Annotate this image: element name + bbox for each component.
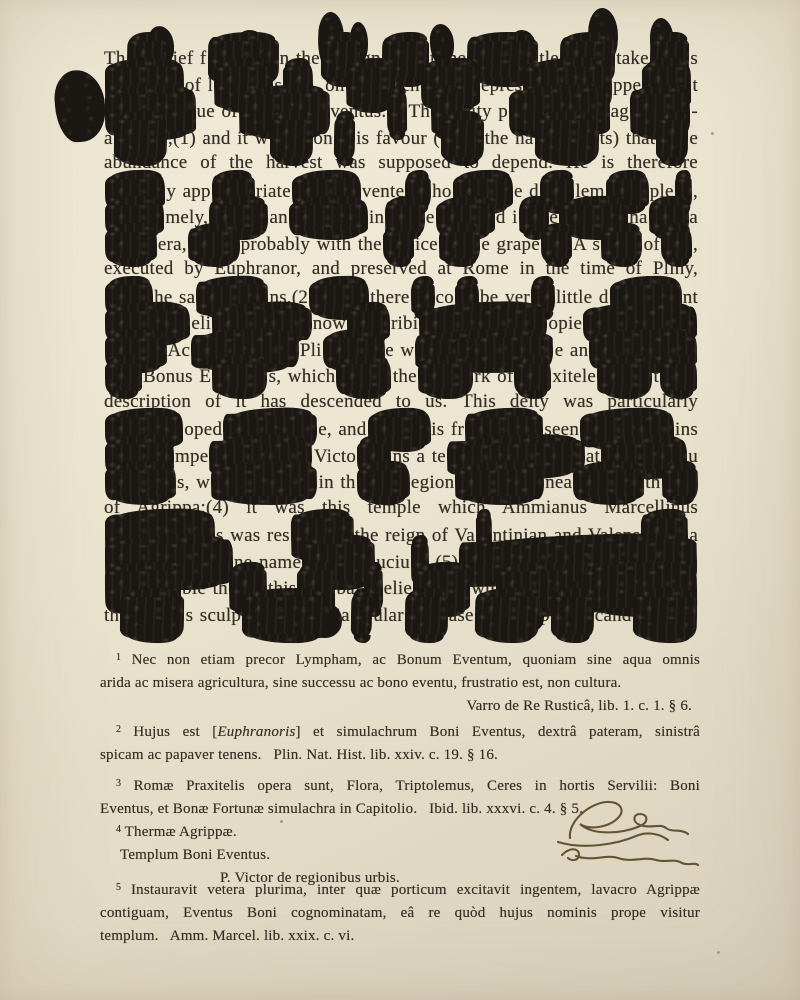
redaction-mark xyxy=(383,228,414,262)
text-fragment: in th xyxy=(319,472,356,494)
redaction-mark xyxy=(211,465,318,501)
text-fragment: s xyxy=(690,48,698,70)
scanned-book-page: Thlief fn thegnt thetletakesof ls, onich… xyxy=(0,0,800,1000)
redaction-mark xyxy=(656,116,688,161)
redacted-text-block: Thlief fn thegnt thetletakesof ls, onich… xyxy=(104,46,698,629)
footnote-text: Thermæ Agrippæ. xyxy=(121,824,237,840)
text-fragment: little d xyxy=(556,287,609,309)
footnote-line: Varro de Re Rusticâ, lib. 1. c. 1. § 6. xyxy=(100,695,700,718)
footnote-5: 5 Instauravit vetera plurima, inter quæ … xyxy=(100,876,700,948)
footnote-line: arida ac misera agricultura, sine succes… xyxy=(100,672,700,695)
text-fragment: a xyxy=(689,207,698,229)
text-fragment: xitele xyxy=(552,366,596,388)
text-line: s, win thegionneath xyxy=(104,470,698,497)
redaction-mark xyxy=(333,116,355,161)
footnote-line: contiguam, Eventus Boni cognominatam, eâ… xyxy=(100,902,700,925)
text-fragment: , xyxy=(693,181,698,203)
text-fragment: - xyxy=(691,101,698,123)
redaction-mark xyxy=(113,116,167,162)
text-fragment: the xyxy=(393,366,417,388)
paper-speck xyxy=(711,132,714,135)
text-line: ue ofventus.Theity pag- xyxy=(104,99,698,126)
redaction-mark xyxy=(336,360,392,395)
redaction-mark xyxy=(632,593,697,639)
redaction-mark xyxy=(439,227,481,262)
text-fragment: oped xyxy=(184,419,222,441)
text-fragment: eli xyxy=(191,313,211,335)
redaction-mark xyxy=(120,593,185,639)
footnote-text: arida ac misera agricultura, sine succes… xyxy=(100,675,621,691)
text-line: era,probably with theicee grapeA sof, xyxy=(104,232,698,259)
redaction-mark xyxy=(455,465,544,501)
footnote-line: 2 Hujus est [Euphranoris] et simulachrum… xyxy=(100,718,700,744)
footnote-text: Euphranoris xyxy=(217,724,295,740)
text-fragment: Victo xyxy=(314,446,356,468)
text-fragment: e xyxy=(426,207,435,229)
footnote-text: Instauravit vetera plurima, inter quæ po… xyxy=(121,882,700,898)
footnote-text: spicam ac papaver tenens. Plin. Nat. His… xyxy=(100,747,498,763)
redaction-mark xyxy=(597,360,653,395)
redaction-mark xyxy=(551,593,594,638)
footnote-2: 2 Hujus est [Euphranoris] et simulachrum… xyxy=(100,718,700,767)
redaction-mark xyxy=(417,360,473,395)
footnote-text: Hujus est [ xyxy=(121,724,217,740)
footnote-text: Eventus, et Bonæ Fortunæ simulachra in C… xyxy=(100,801,583,817)
text-fragment: era, xyxy=(158,234,187,256)
text-line: Bonus Es, whichtherk ofxitelet xyxy=(104,364,698,391)
redaction-mark xyxy=(573,466,644,501)
footnote-text: Varro de Re Rusticâ, lib. 1. c. 1. § 6. xyxy=(466,698,692,714)
text-fragment: , xyxy=(693,234,698,256)
redaction-mark xyxy=(534,116,599,162)
redaction-mark xyxy=(405,593,448,638)
redaction-mark xyxy=(269,116,312,161)
redaction-mark xyxy=(601,227,643,262)
text-fragment: Pli xyxy=(300,340,322,362)
text-fragment: e an xyxy=(555,340,589,362)
footnote-1: 1 Nec non etiam precor Lympham, ac Bonum… xyxy=(100,646,700,718)
redaction-mark xyxy=(105,227,157,262)
redaction-mark xyxy=(356,466,410,501)
redaction-mark xyxy=(212,360,268,395)
text-line: opede, andis frseenins xyxy=(104,417,698,444)
redaction-mark xyxy=(514,360,551,394)
redaction-mark xyxy=(661,466,697,501)
redaction-mark xyxy=(242,593,328,639)
handwritten-signature xyxy=(548,792,708,872)
paper-speck xyxy=(717,951,720,954)
ink-stroke-tip xyxy=(53,68,108,143)
redaction-mark xyxy=(660,360,697,394)
text-fragment: mpe xyxy=(175,446,208,468)
text-fragment: e xyxy=(689,128,698,150)
redaction-mark xyxy=(441,116,484,161)
footnote-text: templum. Amm. Marcel. lib. xxix. c. vi. xyxy=(100,928,354,944)
redaction-mark xyxy=(474,593,539,639)
text-fragment: egion xyxy=(411,472,454,494)
redaction-mark xyxy=(289,201,368,236)
footnote-line: spicam ac papaver tenens. Plin. Nat. His… xyxy=(100,744,700,767)
redaction-mark xyxy=(541,228,572,262)
text-fragment: ag xyxy=(611,101,629,123)
text-fragment: in xyxy=(369,207,384,229)
footnote-line: 5 Instauravit vetera plurima, inter quæ … xyxy=(100,876,700,902)
redaction-mark xyxy=(387,90,408,135)
footnote-text: ] et simulachrum Boni Eventus, dextrâ pa… xyxy=(295,724,700,740)
footnote-line: templum. Amm. Marcel. lib. xxix. c. vi. xyxy=(100,925,700,948)
redaction-mark xyxy=(661,228,692,262)
text-fragment: t xyxy=(692,75,698,97)
redaction-mark xyxy=(105,466,176,501)
text-fragment: an xyxy=(269,207,287,229)
signature-flourish-icon xyxy=(548,792,708,872)
footnote-line: 1 Nec non etiam precor Lympham, ac Bonum… xyxy=(100,646,700,672)
footnote-text: Templum Boni Eventus. xyxy=(120,847,270,863)
text-fragment: opie xyxy=(548,313,582,335)
redaction-mark xyxy=(187,227,239,262)
text-fragment: y app xyxy=(166,181,210,203)
text-fragment: s, w xyxy=(177,472,210,494)
text-fragment: ribi xyxy=(391,313,418,335)
footnote-text: contiguam, Eventus Boni cognominatam, eâ… xyxy=(100,905,700,921)
text-line: abundance of the harvest was supposed to… xyxy=(104,152,698,179)
redaction-mark xyxy=(105,360,142,394)
redaction-mark xyxy=(350,593,372,638)
footnote-text: Nec non etiam precor Lympham, ac Bonum E… xyxy=(121,652,700,668)
text-fragment: e, and xyxy=(318,419,366,441)
text-fragment: is fr xyxy=(431,419,464,441)
text-fragment: e w xyxy=(385,340,414,362)
